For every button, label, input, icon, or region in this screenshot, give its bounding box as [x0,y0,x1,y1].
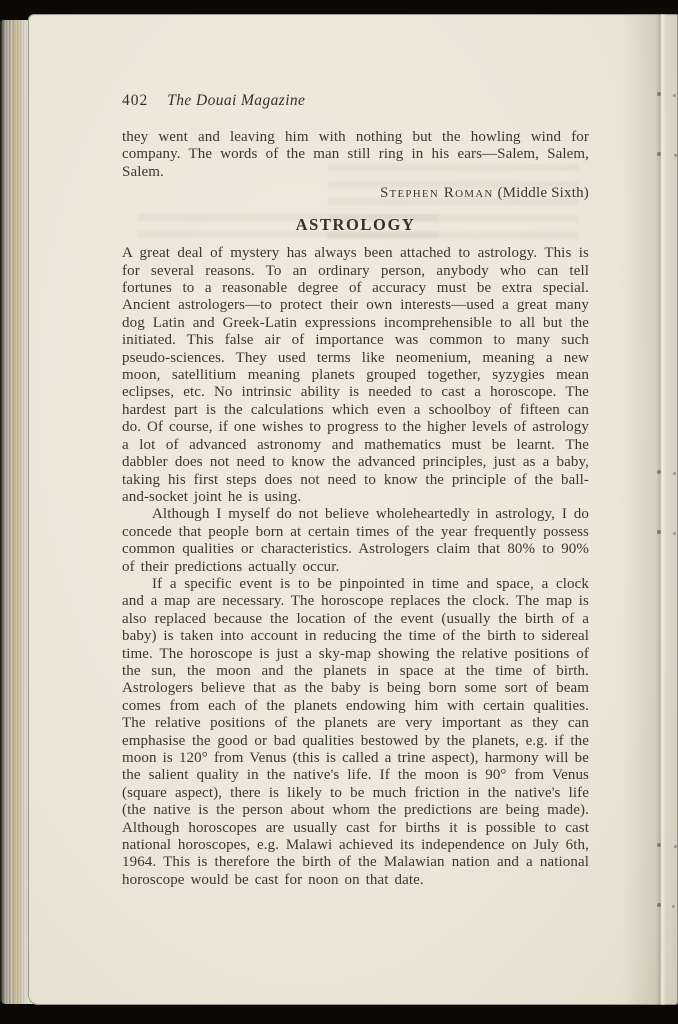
stitch-speck [657,92,661,96]
story-ending-paragraph: they went and leaving him with nothing b… [122,129,589,181]
stitch-speck [673,532,676,535]
stitch-speck [657,530,661,534]
stitch-speck [657,470,661,474]
scanned-book-photo: { "page": { "number": "402", "magazine_t… [0,0,678,1024]
stitch-speck [657,152,661,156]
article-paragraph: Although I myself do not believe wholehe… [122,506,589,576]
stitch-speck [657,903,661,907]
article-paragraph: A great deal of mystery has always been … [122,245,589,506]
page-number: 402 [122,92,148,110]
article-heading: ASTROLOGY [122,215,589,235]
book-spread: 402 The Douai Magazine they went and lea… [0,0,678,1024]
running-header: 402 The Douai Magazine [122,92,589,110]
stitch-speck [673,472,676,475]
page-content: 402 The Douai Magazine they went and lea… [122,92,589,889]
byline-form: (Middle Sixth) [494,185,590,201]
stitch-speck [672,905,675,908]
stitch-speck [657,843,661,847]
byline: Stephen Roman (Middle Sixth) [122,185,589,202]
magazine-page: 402 The Douai Magazine they went and lea… [28,14,678,1005]
stitch-speck [674,845,677,848]
article-paragraph: If a specific event is to be pinpointed … [122,576,589,889]
binding-gutter [622,14,678,1005]
stitch-speck [674,154,677,157]
stitch-speck [673,94,676,97]
magazine-title: The Douai Magazine [167,92,305,110]
byline-author: Stephen Roman [380,185,493,201]
